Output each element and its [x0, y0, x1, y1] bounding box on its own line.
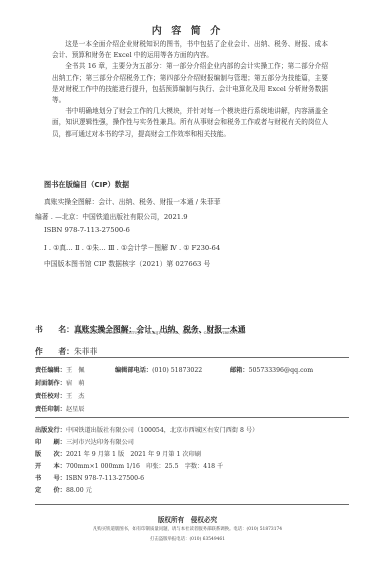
pub-label: 出版发行： — [35, 427, 66, 434]
intro-title: 内 容 简 介 — [0, 22, 375, 37]
print-row: 责任印制：赵星辰 — [35, 404, 85, 413]
book-title-label: 书 名： — [35, 325, 74, 334]
book-pinyin: ZHENZHANG SHICAO QUANTUJIE : KUAIJI、CHUN… — [75, 331, 245, 336]
intro-paragraph: 书中明确地划分了财会工作的几大模块，并针对每一个模块进行系统地讲解，内容涵盖全面… — [52, 106, 328, 140]
author-label: 作 者： — [35, 347, 74, 356]
pub-value: 700mm×1 000mm 1/16 印张：25.5 字数：418 千 — [66, 463, 223, 470]
cip-line2: 编著 . —北京：中国铁道出版社有限公司，2021.9 — [35, 211, 188, 221]
cover-label: 封面制作： — [35, 380, 66, 387]
phone-row: 编辑部电话：(010) 51873022 — [115, 365, 202, 374]
pub-value: 88.00 元 — [66, 487, 92, 494]
cip-classification: Ⅰ . ①真… Ⅱ . ①朱… Ⅲ . ①会计学－图解 Ⅳ . ① F230-6… — [44, 242, 220, 252]
pub-label: 开 本： — [35, 463, 66, 470]
email-label: 邮箱： — [230, 367, 249, 374]
pub-label: 版 次： — [35, 451, 66, 458]
divider-3 — [35, 504, 349, 505]
proof-name: 王 杰 — [66, 393, 85, 400]
pub-value: ISBN 978-7-113-27500-6 — [66, 475, 144, 482]
copyright-line2: 打击盗版举报电话：(010) 63549461 — [0, 536, 375, 542]
cover-row: 封面制作：宿 萌 — [35, 378, 85, 387]
pub-label: 书 号： — [35, 475, 66, 482]
copyright-line1: 凡购买铁道版图书，如有印制质量问题，请与本社读者服务部联系调换。电话：(010)… — [0, 526, 375, 532]
intro-paragraph: 这是一本全面介绍企业财税知识的图书，书中包括了企业会计、出纳、税务、财报、成本会… — [52, 39, 328, 61]
pub-row: 定 价：88.00 元 — [35, 485, 92, 494]
print-name: 赵星辰 — [66, 406, 85, 413]
editor-row: 责任编辑：王 佩 — [35, 365, 85, 374]
print-label: 责任印制： — [35, 406, 66, 413]
cip-heading: 图书在版编目（CIP）数据 — [44, 180, 129, 190]
editor-label: 责任编辑： — [35, 367, 66, 374]
pub-value: 三河市兴达印务有限公司 — [66, 439, 134, 446]
email-row: 邮箱：505733396@qq.com — [230, 365, 313, 374]
email-value: 505733396@qq.com — [249, 367, 314, 374]
editor-name: 王 佩 — [66, 367, 85, 374]
pub-row: 出版发行：中国铁道出版社有限公司（100054，北京市西城区右安门西街 8 号） — [35, 425, 258, 434]
divider-1 — [35, 357, 349, 358]
phone-label: 编辑部电话： — [115, 367, 152, 374]
author-name: 朱菲菲 — [74, 347, 97, 356]
intro-text: 这是一本全面介绍企业财税知识的图书，书中包括了企业会计、出纳、税务、财报、成本会… — [52, 39, 328, 140]
pub-row: 开 本：700mm×1 000mm 1/16 印张：25.5 字数：418 千 — [35, 461, 223, 470]
phone-value: (010) 51873022 — [152, 367, 202, 374]
intro-paragraph: 全书共 16 章，主要分为五部分：第一部分介绍企业内部的会计实操工作；第二部分介… — [52, 61, 328, 106]
copyright-heading: 版权所有 侵权必究 — [0, 514, 375, 524]
author-row: 作 者：朱菲菲 — [35, 339, 97, 358]
divider-2 — [35, 417, 349, 418]
cip-isbn: ISBN 978-7-113-27500-6 — [44, 226, 130, 234]
pub-row: 版 次：2021 年 9 月第 1 版 2021 年 9 月第 1 次印刷 — [35, 449, 201, 458]
proof-row: 责任校对：王 杰 — [35, 391, 85, 400]
pub-value: 中国铁道出版社有限公司（100054，北京市西城区右安门西街 8 号） — [66, 427, 258, 434]
pub-row: 印 刷：三河市兴达印务有限公司 — [35, 437, 134, 446]
cover-name: 宿 萌 — [66, 380, 85, 387]
cip-record: 中国版本图书馆 CIP 数据核字（2021）第 027663 号 — [44, 258, 210, 268]
pub-value: 2021 年 9 月第 1 版 2021 年 9 月第 1 次印刷 — [66, 451, 201, 458]
cip-line1: 真账实操全图解：会计、出纳、税务、财报一本通 / 朱菲菲 — [44, 196, 221, 206]
proof-label: 责任校对： — [35, 393, 66, 400]
pub-label: 印 刷： — [35, 439, 66, 446]
pub-label: 定 价： — [35, 487, 66, 494]
pub-row: 书 号：ISBN 978-7-113-27500-6 — [35, 473, 144, 482]
